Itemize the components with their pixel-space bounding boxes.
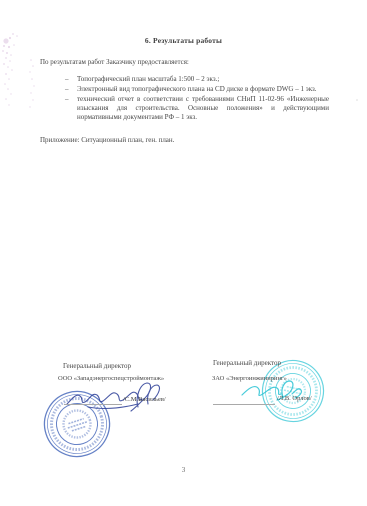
dash-bullet: – [65, 95, 77, 123]
page-number: 3 [0, 466, 367, 474]
list-item: – технический отчет в соответствии с тре… [65, 95, 329, 123]
signature-right-line [213, 404, 275, 405]
list-item-text: Топографический план масштаба 1:500 – 2 … [77, 75, 329, 84]
signature-right-title: Генеральный директор [213, 359, 281, 367]
results-list: – Топографический план масштаба 1:500 – … [65, 75, 329, 123]
signature-left-title: Генеральный директор [63, 362, 131, 370]
signature-left-company: ООО «Западэнергоспецстроймонтаж» [58, 375, 164, 382]
list-item: – Электронный вид топографического плана… [65, 85, 329, 94]
section-heading: 6. Результаты работы [0, 36, 367, 45]
signature-left-line [64, 404, 122, 405]
intro-paragraph: По результатам работ Заказчику предостав… [40, 58, 330, 66]
signature-right-company: ЗАО «Энергоинжиниринг» [212, 375, 287, 382]
company-stamp-left-icon [36, 383, 118, 465]
list-item-text: Электронный вид топографического плана н… [77, 85, 329, 94]
list-item-text: технический отчет в соответствии с требо… [77, 95, 329, 123]
dash-bullet: – [65, 85, 77, 94]
appendix-note: Приложение: Ситуационный план, ген. план… [40, 136, 330, 144]
scanned-document-page: 6. Результаты работы По результатам рабо… [0, 0, 367, 506]
signature-left-name: /С.М.Васильев/ [123, 396, 166, 403]
dash-bullet: – [65, 75, 77, 84]
list-item: – Топографический план масштаба 1:500 – … [65, 75, 329, 84]
signature-right-name: /Л.В. Орлов/ [277, 395, 312, 402]
